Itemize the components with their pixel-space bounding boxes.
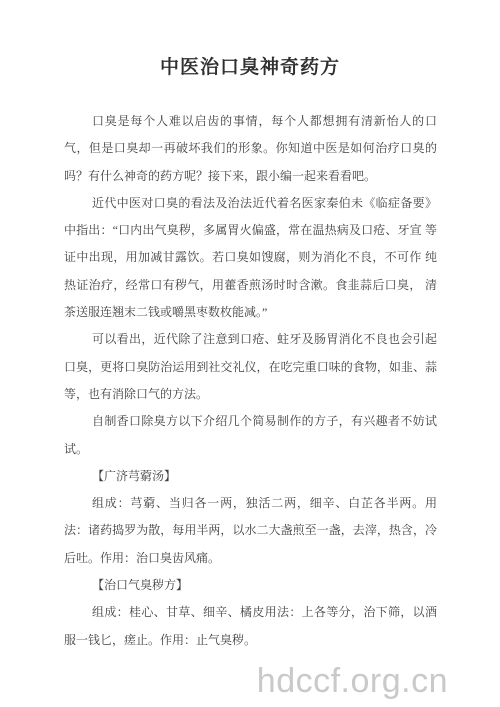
section-heading-bad-breath-formula: 【治口气臭秽方】 bbox=[64, 572, 437, 599]
document-page: 中医治口臭神奇药方 口臭是每个人难以启齿的事情，每个人都想拥有清新怡人的口气，但… bbox=[0, 0, 500, 707]
paragraph-bad-breath-recipe: 组成：桂心、甘草、细辛、橘皮用法：上各等分，治下筛，以酒服一钱匕，瘥止。作用：止… bbox=[64, 599, 437, 654]
section-heading-guangji-decoction: 【广济芎藭汤】 bbox=[64, 463, 437, 490]
paragraph-guangji-recipe: 组成：芎藭、当归各一两，独活二两，细辛、白芷各半两。用法：诸药捣罗为散，每用半两… bbox=[64, 490, 437, 572]
site-watermark: hdccf.org.cn bbox=[257, 663, 448, 699]
page-title: 中医治口臭神奇药方 bbox=[0, 58, 500, 78]
paragraph-conclusion: 可以看出，近代除了注意到口疮、蛀牙及肠胃消化不良也会引起口臭，更将口臭防治运用到… bbox=[64, 326, 437, 408]
paragraph-historical-view: 近代中医对口臭的看法及治法近代着名医家秦伯未《临症备要》中指出：“口内出气臭秽，… bbox=[64, 190, 437, 326]
paragraph-homemade-remedies-intro: 自制香口除臭方以下介绍几个简易制作的方子，有兴趣者不妨试试。 bbox=[64, 408, 437, 463]
paragraph-intro: 口臭是每个人难以启齿的事情，每个人都想拥有清新怡人的口气，但是口臭却一再破坏我们… bbox=[64, 108, 437, 190]
document-body: 口臭是每个人难以启齿的事情，每个人都想拥有清新怡人的口气，但是口臭却一再破坏我们… bbox=[64, 108, 437, 654]
